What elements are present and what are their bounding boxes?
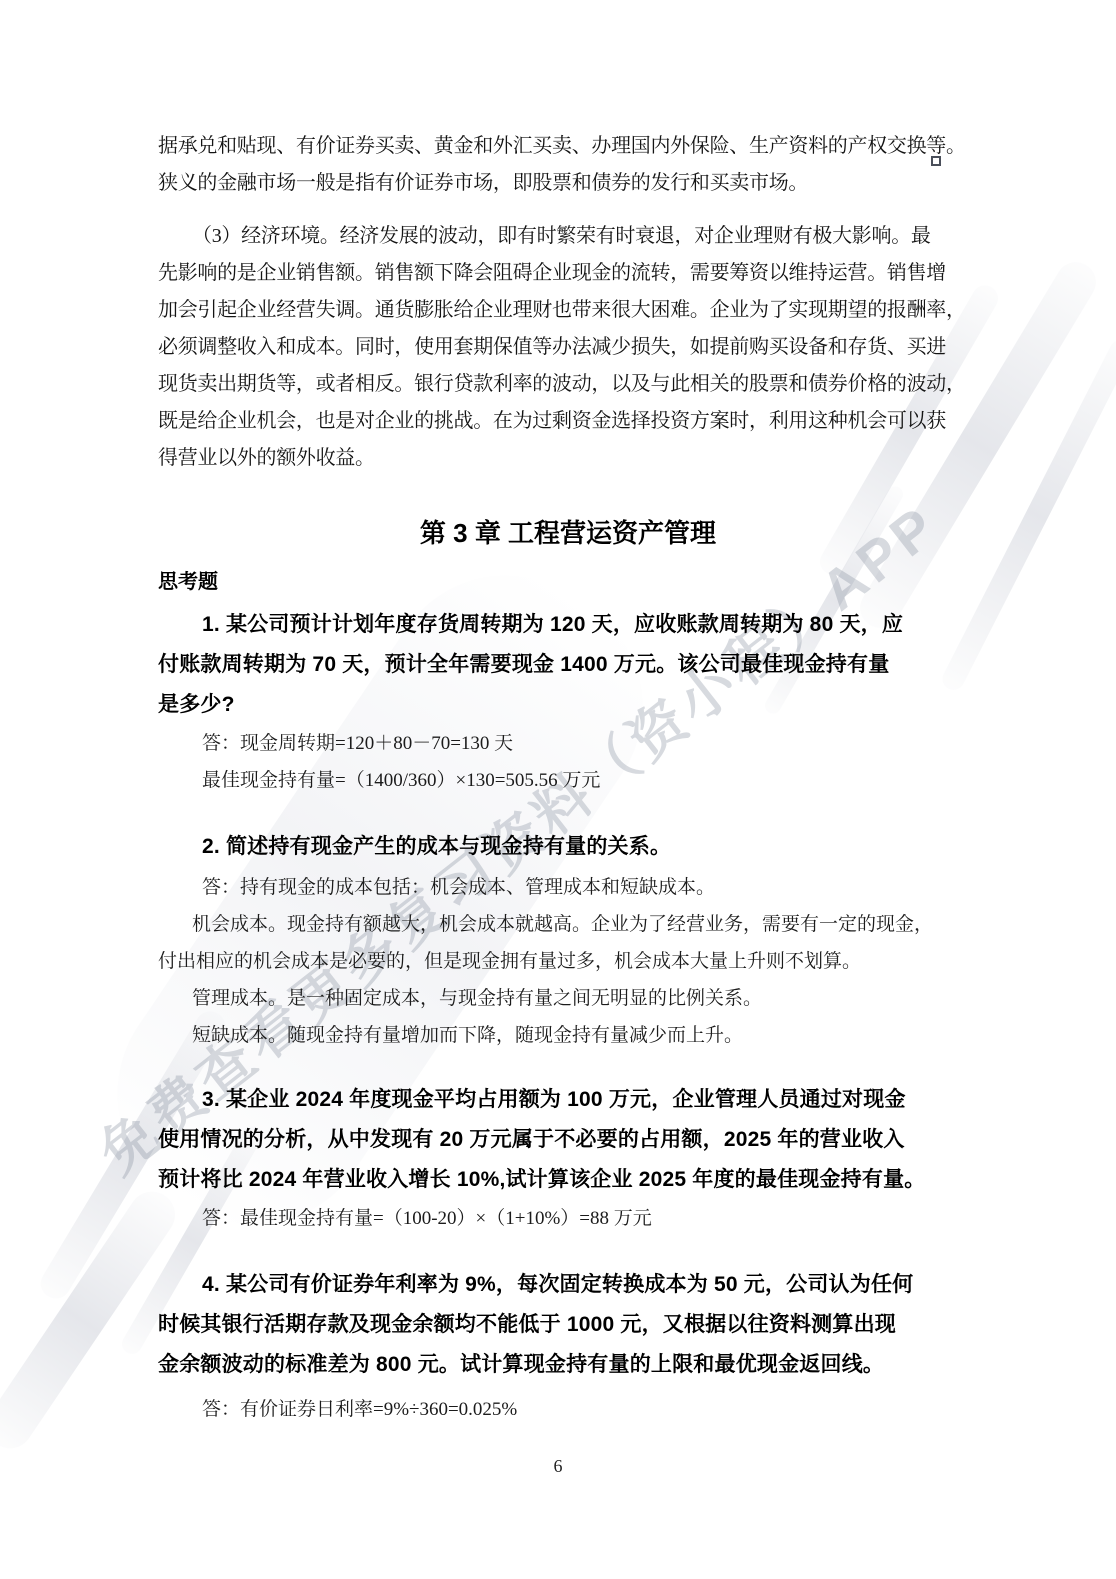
question-2-stem: 2. 简述持有现金产生的成本与现金持有量的关系。 [158,827,978,867]
document-page: 免费查看更多复习资料（资小程）APP 据承兑和贴现、有价证券买卖、黄金和外汇买卖… [0,0,1116,1579]
text-line: 使用情况的分析，从中发现有 20 万元属于不必要的占用额，2025 年的营业收入 [158,1120,978,1160]
text-line: 既是给企业机会，也是对企业的挑战。在为过剩资金选择投资方案时，利用这种机会可以获 [158,403,978,440]
paragraph-economic-environment: （3）经济环境。经济发展的波动，即有时繁荣有时衰退，对企业理财有极大影响。最先影… [158,218,978,477]
text-line: 预计将比 2024 年营业收入增长 10%,试计算该企业 2025 年度的最佳现… [158,1160,978,1200]
text-line: 现货卖出期货等，或者相反。银行贷款利率的波动，以及与此相关的股票和债券价格的波动… [158,366,978,403]
text-line: 据承兑和贴现、有价证券买卖、黄金和外汇买卖、办理国内外保险、生产资料的产权交换等… [158,128,978,165]
text-line: 时候其银行活期存款及现金余额均不能低于 1000 元，又根据以往资料测算出现 [158,1305,978,1345]
question-4-answer: 答：有价证券日利率=9%÷360=0.025% [158,1391,978,1428]
question-1-stem: 1. 某公司预计计划年度存货周转期为 120 天，应收账款周转期为 80 天，应… [158,605,978,725]
text-line: 3. 某企业 2024 年度现金平均占用额为 100 万元，企业管理人员通过对现… [158,1080,978,1120]
text-line: 机会成本。现金持有额越大，机会成本就越高。企业为了经营业务，需要有一定的现金， [158,906,978,943]
page-number: 6 [0,1456,1116,1477]
question-2-answer: 答：持有现金的成本包括：机会成本、管理成本和短缺成本。机会成本。现金持有额越大，… [158,869,978,1054]
text-line: 答：有价证券日利率=9%÷360=0.025% [158,1391,978,1428]
text-line: 加会引起企业经营失调。通货膨胀给企业理财也带来很大困难。企业为了实现期望的报酬率… [158,292,978,329]
text-line: 1. 某公司预计计划年度存货周转期为 120 天，应收账款周转期为 80 天，应 [158,605,978,645]
page-content: 据承兑和贴现、有价证券买卖、黄金和外汇买卖、办理国内外保险、生产资料的产权交换等… [0,0,1116,1428]
section-label-thinking-questions: 思考题 [158,567,978,597]
text-line: 2. 简述持有现金产生的成本与现金持有量的关系。 [158,827,978,867]
text-line: 最佳现金持有量=（1400/360）×130=505.56 万元 [158,762,978,799]
text-line: 付账款周转期为 70 天，预计全年需要现金 1400 万元。该公司最佳现金持有量 [158,645,978,685]
chapter-title: 第 3 章 工程营运资产管理 [158,513,978,553]
question-3-stem: 3. 某企业 2024 年度现金平均占用额为 100 万元，企业管理人员通过对现… [158,1080,978,1200]
question-1-answer: 答：现金周转期=120＋80－70=130 天最佳现金持有量=（1400/360… [158,725,978,799]
text-line: 先影响的是企业销售额。销售额下降会阻碍企业现金的流转，需要筹资以维持运营。销售增 [158,255,978,292]
text-line: 是多少? [158,685,978,725]
text-line: 金余额波动的标准差为 800 元。试计算现金持有量的上限和最优现金返回线。 [158,1345,978,1385]
text-line: 答：最佳现金持有量=（100-20）×（1+10%）=88 万元 [158,1200,978,1237]
question-3-answer: 答：最佳现金持有量=（100-20）×（1+10%）=88 万元 [158,1200,978,1237]
text-line: （3）经济环境。经济发展的波动，即有时繁荣有时衰退，对企业理财有极大影响。最 [158,218,978,255]
text-line: 狭义的金融市场一般是指有价证券市场，即股票和债券的发行和买卖市场。 [158,165,978,202]
paragraph-financial-market: 据承兑和贴现、有价证券买卖、黄金和外汇买卖、办理国内外保险、生产资料的产权交换等… [158,128,978,202]
text-line: 4. 某公司有价证券年利率为 9%，每次固定转换成本为 50 元，公司认为任何 [158,1265,978,1305]
text-line: 短缺成本。随现金持有量增加而下降，随现金持有量减少而上升。 [158,1017,978,1054]
text-line: 必须调整收入和成本。同时，使用套期保值等办法减少损失，如提前购买设备和存货、买进 [158,329,978,366]
question-4-stem: 4. 某公司有价证券年利率为 9%，每次固定转换成本为 50 元，公司认为任何时… [158,1265,978,1385]
text-line: 得营业以外的额外收益。 [158,440,978,477]
text-line: 付出相应的机会成本是必要的，但是现金拥有量过多，机会成本大量上升则不划算。 [158,943,978,980]
text-line: 答：持有现金的成本包括：机会成本、管理成本和短缺成本。 [158,869,978,906]
text-line: 答：现金周转期=120＋80－70=130 天 [158,725,978,762]
text-line: 管理成本。是一种固定成本，与现金持有量之间无明显的比例关系。 [158,980,978,1017]
